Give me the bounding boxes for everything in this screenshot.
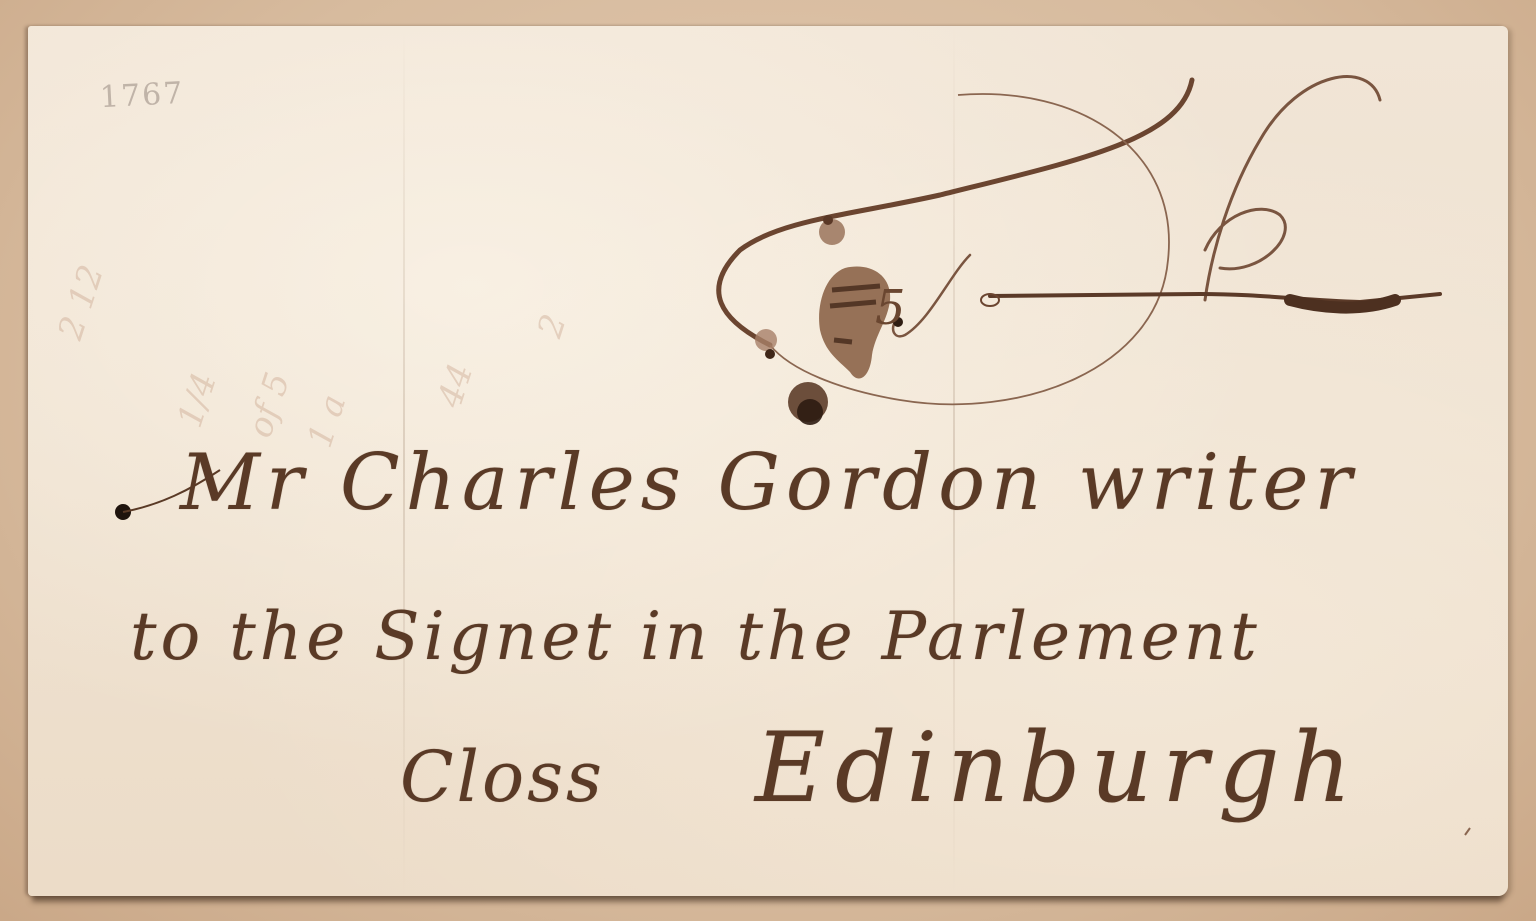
rate-oval-loop xyxy=(770,94,1169,404)
ink-blot xyxy=(755,329,777,351)
postage-rate-numeral: 5 xyxy=(875,280,906,336)
rate-l-mark xyxy=(1205,77,1380,300)
address-line-recipient: Mr Charles Gordon writer xyxy=(180,438,1358,528)
address-city: Edinburgh xyxy=(755,712,1362,824)
rate-flourish-stroke xyxy=(719,80,1192,345)
ink-blot xyxy=(115,504,131,520)
address-line-institution: to the Signet in the Parlement xyxy=(130,598,1261,675)
address-line-location: ClossEdinburgh xyxy=(400,712,1361,824)
address-street: Closs xyxy=(400,736,605,818)
